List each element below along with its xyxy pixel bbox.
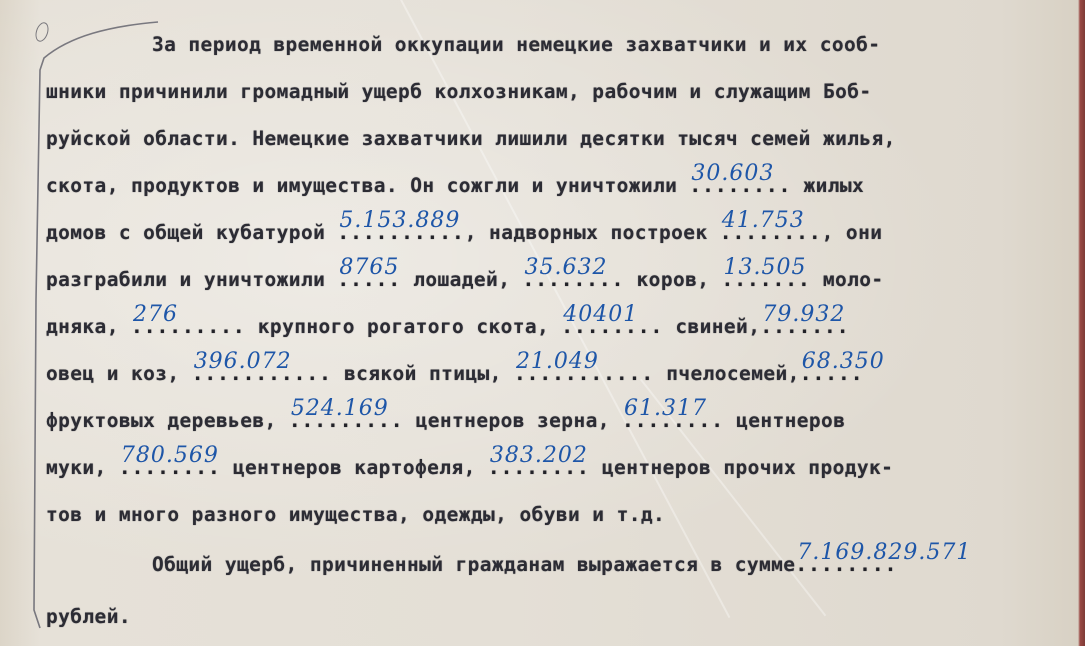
document-line: рублей. [46, 602, 131, 632]
typed-text: центнеров [724, 409, 845, 432]
handwritten-figure: ........41.753 [720, 218, 822, 248]
typed-text: , надворных построек [465, 221, 720, 244]
typed-text: тов и много разного имущества, одежды, о… [46, 503, 665, 526]
handwritten-number: 61.317 [624, 394, 707, 424]
handwritten-number: 5.153.889 [339, 206, 460, 236]
handwritten-number: 35.632 [524, 253, 607, 283]
handwritten-figure: ...........396.072 [192, 359, 332, 389]
handwritten-number: 13.505 [724, 253, 807, 283]
handwritten-number: 7.169.829.571 [797, 538, 971, 568]
handwritten-figure: ........7.169.829.571 [795, 550, 897, 580]
handwritten-figure: ........30.603 [689, 171, 791, 201]
typed-text: свиней, [663, 315, 760, 338]
handwritten-figure: .......79.932 [760, 312, 849, 342]
typed-text: , они [822, 221, 883, 244]
typed-text: крупного рогатого скота, [246, 315, 562, 338]
typed-text: моло- [811, 268, 884, 291]
typed-text: разграбили и уничтожили [46, 268, 337, 291]
handwritten-number: 40401 [563, 300, 638, 330]
handwritten-figure: .....68.350 [800, 359, 864, 389]
document-line: руйской области. Немецкие захватчики лиш… [46, 124, 896, 154]
document-line: днякa, .........276 крупного рогатого ск… [46, 312, 850, 342]
handwritten-figure: ..........5.153.889 [337, 218, 464, 248]
document-line: За период временной оккупации немецкие з… [152, 30, 880, 60]
handwritten-number: 41.753 [722, 206, 805, 236]
handwritten-number: 68.350 [802, 347, 885, 377]
handwritten-figure: ........780.569 [119, 453, 221, 483]
typed-text: лошадей, [401, 268, 522, 291]
handwritten-figure: .........524.169 [289, 406, 404, 436]
typed-text: пчелосемей, [654, 362, 800, 385]
handwritten-number: 383.202 [490, 441, 588, 471]
typed-text: За период временной оккупации немецкие з… [152, 33, 880, 56]
typed-text: домов с общей кубатурой [46, 221, 337, 244]
typed-text: всякой птицы, [332, 362, 514, 385]
handwritten-number: 396.072 [194, 347, 292, 377]
handwritten-number: 30.603 [691, 159, 774, 189]
handwritten-number: 276 [133, 300, 178, 330]
typed-text: центнеров картофеля, [221, 456, 488, 479]
handwritten-figure: ...........21.049 [514, 359, 654, 389]
handwritten-figure: ........61.317 [622, 406, 724, 436]
typed-text: коров, [624, 268, 721, 291]
handwritten-figure: ........383.202 [488, 453, 590, 483]
handwritten-number: 79.932 [762, 300, 845, 330]
document-line: скота, продуктов и имущества. Он сожгли … [46, 171, 864, 201]
typed-text: скота, продуктов и имущества. Он сожгли … [46, 174, 689, 197]
typed-text: центнеров прочих продук- [590, 456, 894, 479]
document-line: муки, ........780.569 центнеров картофел… [46, 453, 893, 483]
typed-text: Общий ущерб, причиненный гражданам выраж… [152, 553, 795, 576]
typed-text: шники причинили громадный ущерб колхозни… [46, 80, 872, 103]
document-line: Общий ущерб, причиненный гражданам выраж… [152, 550, 897, 580]
document-line: тов и много разного имущества, одежды, о… [46, 500, 665, 530]
handwritten-figure: .....8765 [337, 265, 401, 295]
handwritten-number: 524.169 [291, 394, 389, 424]
document-line: фруктовых деревьев, .........524.169 цен… [46, 406, 845, 436]
handwritten-figure: ........40401 [561, 312, 663, 342]
handwritten-number: 21.049 [516, 347, 599, 377]
typed-text: днякa, [46, 315, 131, 338]
document-line: домов с общей кубатурой ..........5.153.… [46, 218, 882, 248]
document-line: шники причинили громадный ущерб колхозни… [46, 77, 872, 107]
handwritten-figure: ........35.632 [522, 265, 624, 295]
typed-text: фруктовых деревьев, [46, 409, 289, 432]
document-line: разграбили и уничтожили .....8765 лошаде… [46, 265, 884, 295]
handwritten-number: 8765 [339, 253, 399, 283]
typed-text: муки, [46, 456, 119, 479]
typed-text: овец и коз, [46, 362, 192, 385]
handwritten-figure: .......13.505 [722, 265, 811, 295]
document-line: овец и коз, ...........396.072 всякой пт… [46, 359, 863, 389]
typed-text: центнеров зерна, [403, 409, 622, 432]
typed-text: жилых [791, 174, 864, 197]
typed-text: рублей. [46, 605, 131, 628]
typed-text: руйской области. Немецкие захватчики лиш… [46, 127, 896, 150]
handwritten-figure: .........276 [131, 312, 246, 342]
handwritten-number: 780.569 [121, 441, 219, 471]
